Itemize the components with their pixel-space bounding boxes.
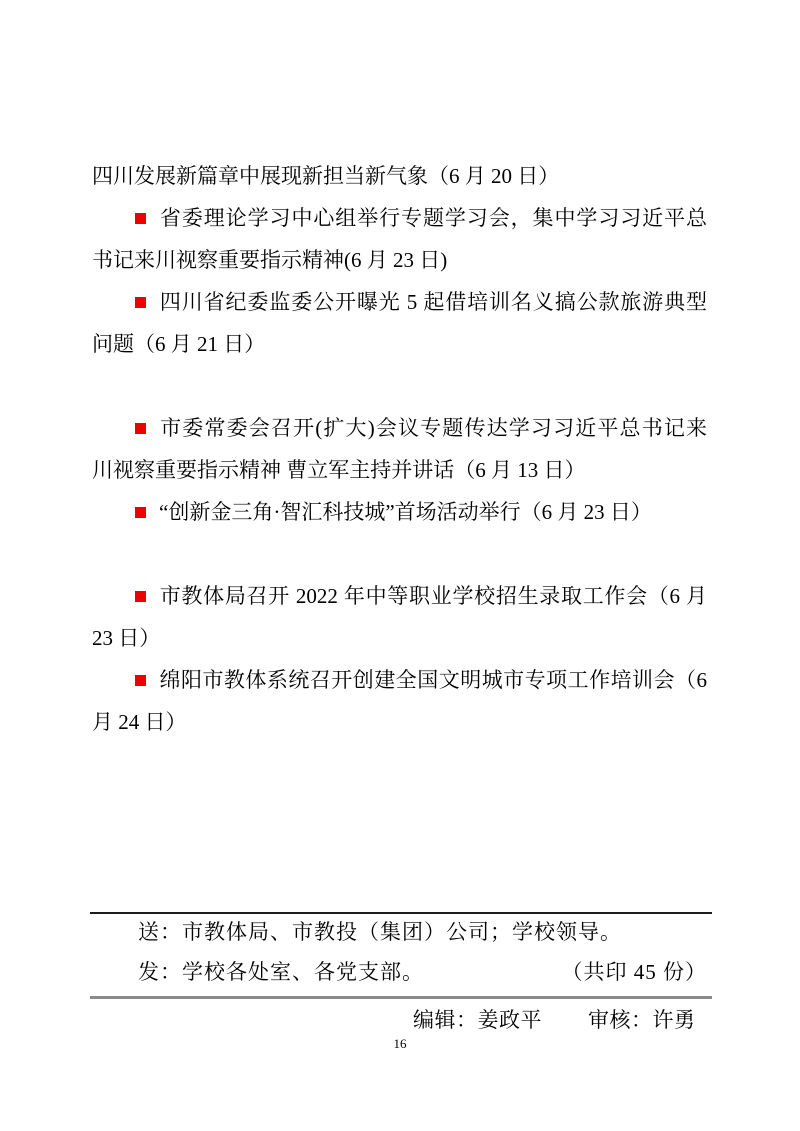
news-line: 川视察重要指示精神 曹立军主持并讲话（6 月 13 日） [92, 449, 707, 491]
bullet-square-icon [135, 213, 146, 224]
editor-name: 姜政平 [478, 1008, 543, 1032]
bullet-square-icon [135, 591, 146, 602]
news-line: 月 24 日） [92, 701, 707, 743]
bullet-square-icon [135, 675, 146, 686]
news-line: 省委理论学习中心组举行专题学习会，集中学习习近平总 [92, 197, 707, 239]
footer-separator-bottom-line [90, 996, 712, 999]
news-line: “创新金三角·智汇科技城”首场活动举行（6 月 23 日） [92, 491, 707, 533]
blank-line [92, 533, 707, 575]
page-number: 16 [0, 1036, 800, 1052]
bullet-square-icon [135, 297, 146, 308]
news-line: 绵阳市教体系统召开创建全国文明城市专项工作培训会（6 [92, 659, 707, 701]
news-line: 四川省纪委监委公开曝光 5 起借培训名义搞公款旅游典型 [92, 281, 707, 323]
news-line: 23 日） [92, 617, 707, 659]
distribution-issued-to: 发：学校各处室、各党支部。 [138, 958, 424, 986]
bullet-square-icon [135, 423, 146, 434]
news-line: 四川发展新篇章中展现新担当新气象（6 月 20 日） [92, 155, 707, 197]
news-list: 四川发展新篇章中展现新担当新气象（6 月 20 日）省委理论学习中心组举行专题学… [92, 155, 707, 743]
blank-line [92, 365, 707, 407]
reviewer-label: 审核： [588, 1008, 653, 1032]
editor-label: 编辑： [413, 1008, 478, 1032]
footer-separator-top-line [90, 912, 712, 914]
distribution-sent-to: 送：市教体局、市教投（集团）公司；学校领导。 [138, 918, 622, 946]
news-line: 市教体局召开 2022 年中等职业学校招生录取工作会（6 月 [92, 575, 707, 617]
print-copies-count: （共印 45 份） [562, 958, 708, 986]
news-line: 市委常委会召开(扩大)会议专题传达学习习近平总书记来 [92, 407, 707, 449]
document-page: 四川发展新篇章中展现新担当新气象（6 月 20 日）省委理论学习中心组举行专题学… [0, 0, 800, 1131]
reviewer-name: 许勇 [653, 1008, 696, 1032]
editor-reviewer-line: 编辑：姜政平审核：许勇 [413, 1004, 696, 1034]
news-line: 问题（6 月 21 日） [92, 323, 707, 365]
bullet-square-icon [135, 507, 146, 518]
news-line: 书记来川视察重要指示精神(6 月 23 日) [92, 239, 707, 281]
